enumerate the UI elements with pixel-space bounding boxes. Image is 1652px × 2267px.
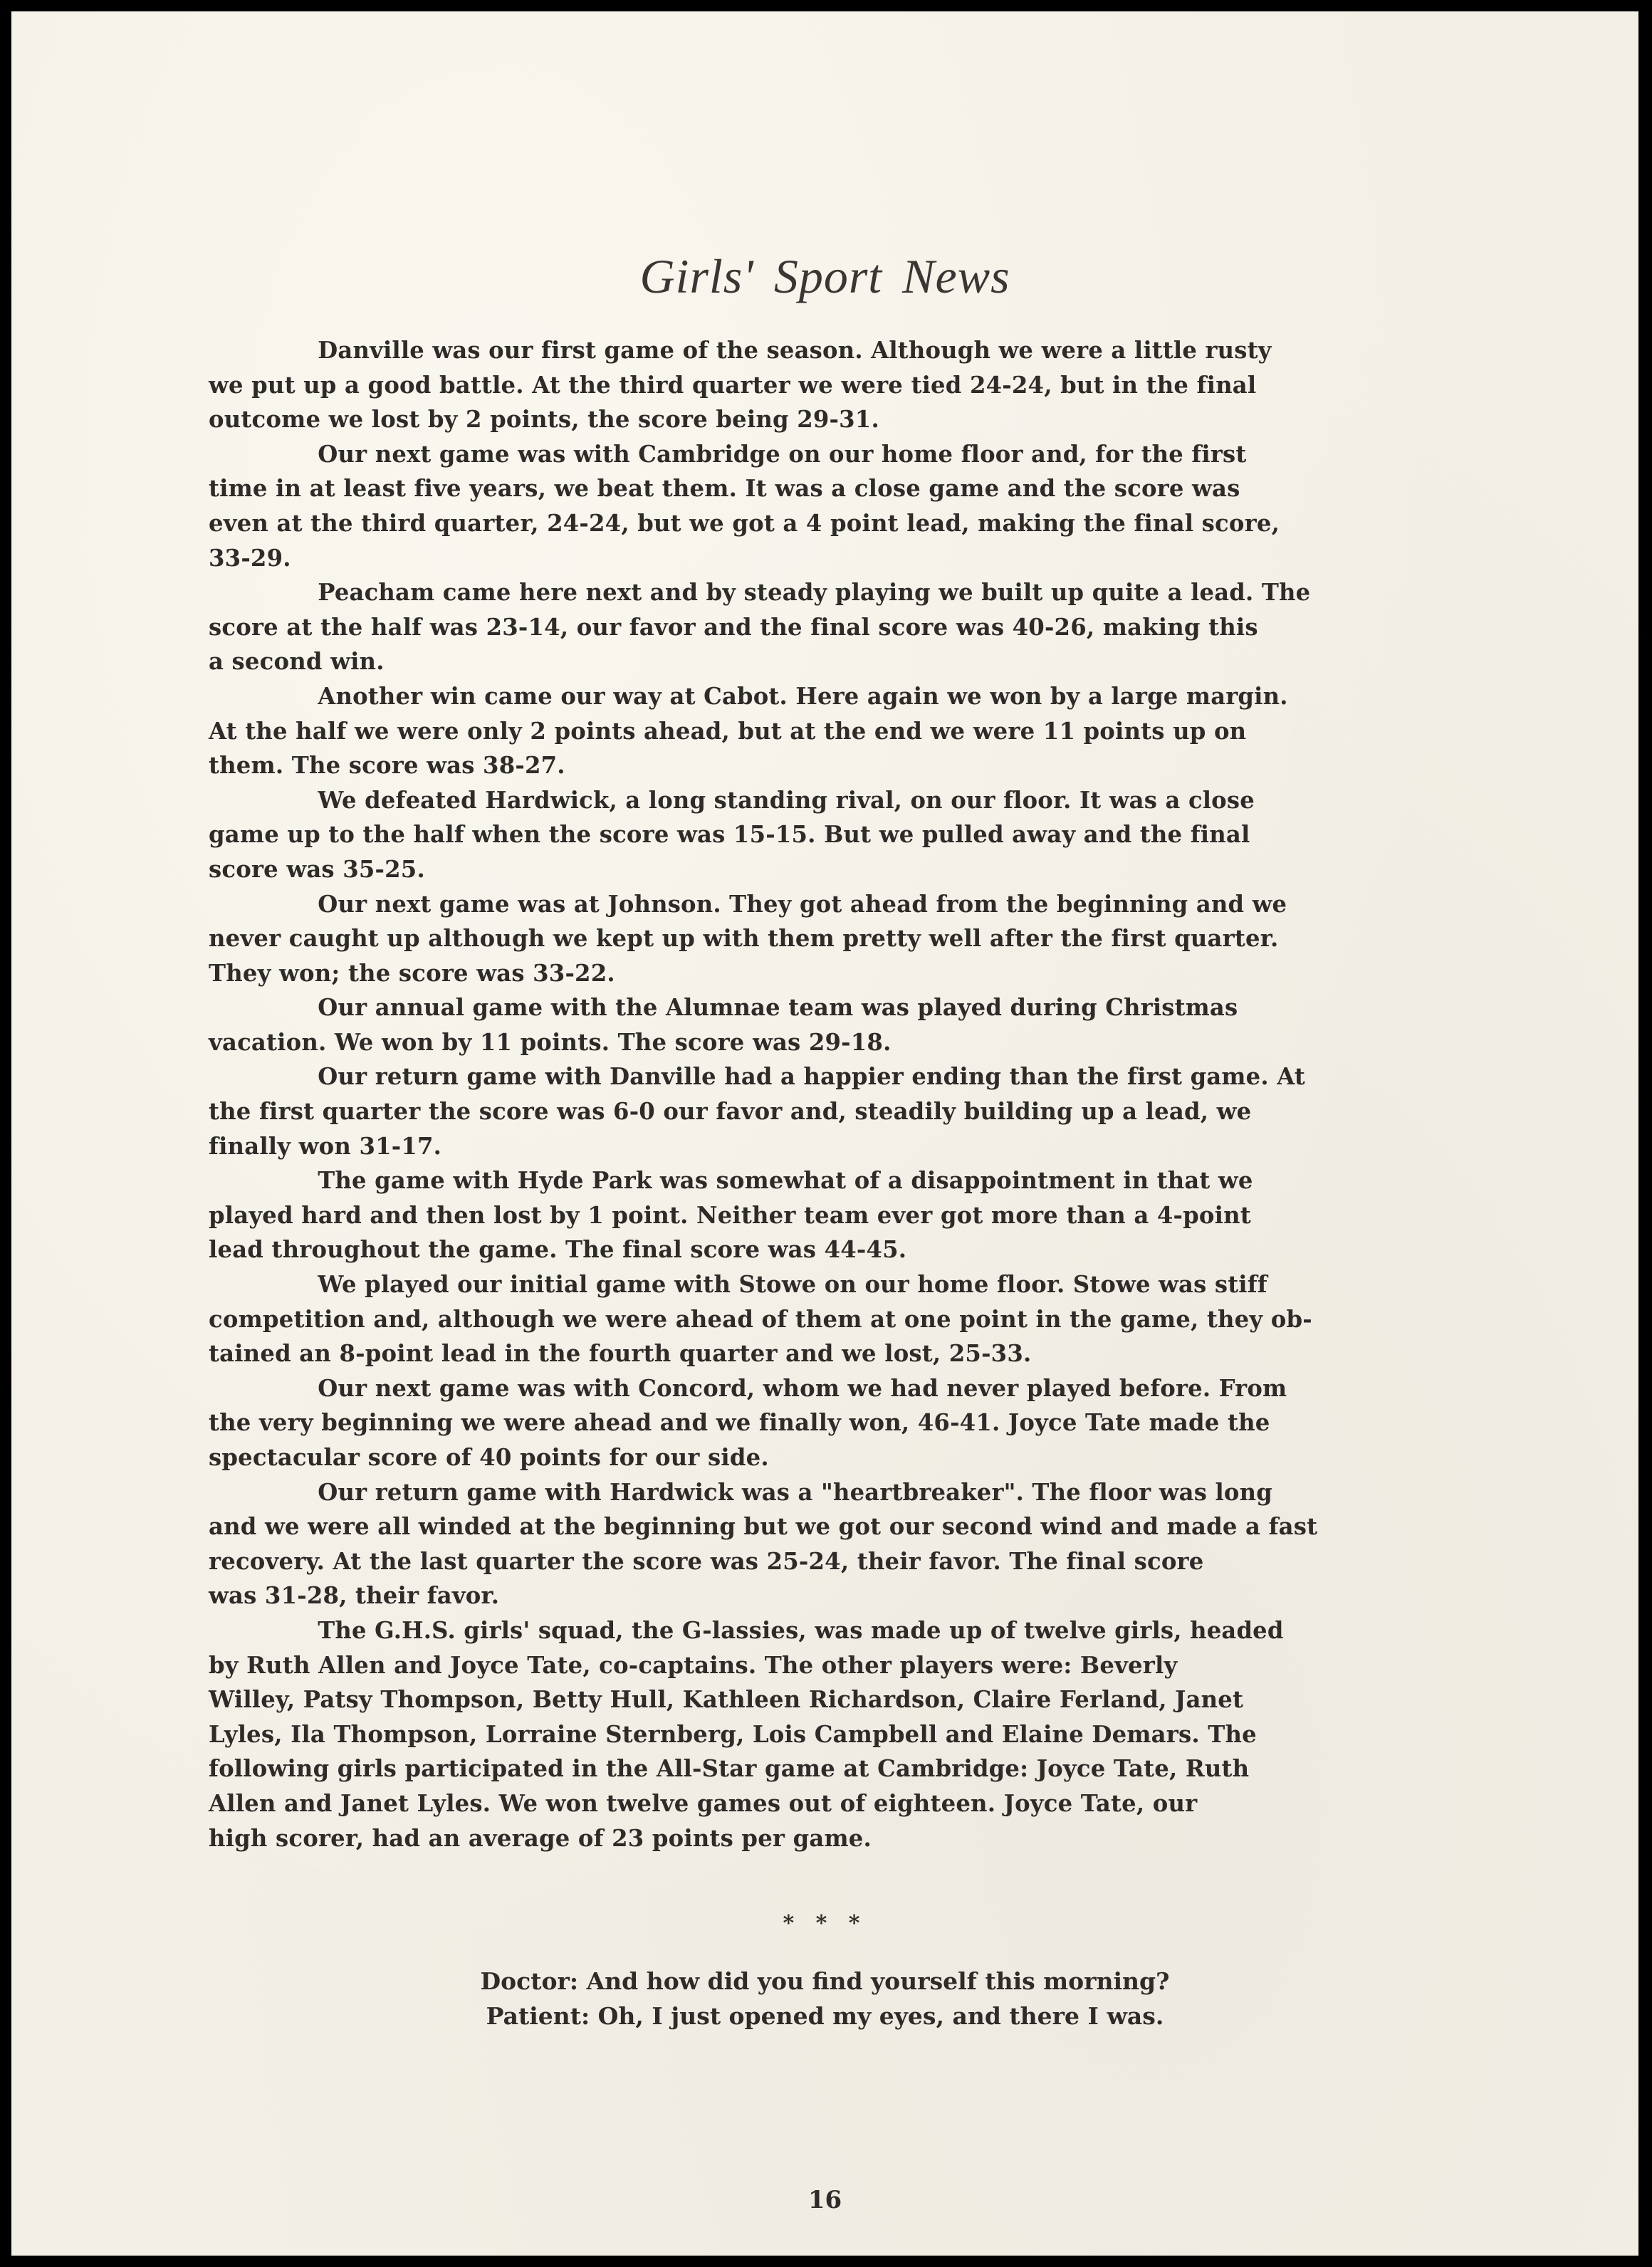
paragraph-line: Peacham came here next and by steady pla… [209,575,1488,610]
article-paragraph: Our next game was at Johnson. They got a… [209,887,1519,991]
paragraph-line: game up to the half when the score was 1… [209,817,1490,852]
page-number: 16 [11,2186,1638,2214]
paragraph-line: high scorer, had an average of 23 points… [209,1821,1490,1856]
article-paragraph: Our next game was with Cambridge on our … [209,437,1519,575]
paragraph-line: At the half we were only 2 points ahead,… [209,714,1490,749]
paragraph-line: Our return game with Hardwick was a "hea… [209,1475,1488,1510]
paragraph-line: Our next game was with Concord, whom we … [209,1371,1488,1406]
paragraph-line: Our next game was with Cambridge on our … [209,437,1488,472]
joke-block: Doctor: And how did you find yourself th… [11,1964,1638,2033]
paragraph-line: Our return game with Danville had a happ… [209,1059,1488,1094]
article-paragraph: Our return game with Hardwick was a "hea… [209,1475,1519,1613]
article-paragraph: We played our initial game with Stowe on… [209,1267,1519,1371]
article-paragraph: Our return game with Danville had a happ… [209,1059,1519,1163]
article-body: Danville was our first game of the seaso… [209,333,1519,1855]
paragraph-line: never caught up although we kept up with… [209,921,1490,956]
paragraph-line: spectacular score of 40 points for our s… [209,1440,1490,1475]
paragraph-line: Willey, Patsy Thompson, Betty Hull, Kath… [209,1682,1490,1717]
paragraph-line: and we were all winded at the beginning … [209,1509,1490,1544]
paragraph-line: 33-29. [209,541,1490,576]
paragraph-line: a second win. [209,644,1490,679]
paragraph-line: We defeated Hardwick, a long standing ri… [209,783,1488,818]
paragraph-line: we put up a good battle. At the third qu… [209,368,1490,403]
paragraph-line: them. The score was 38-27. [209,748,1490,783]
document-page: Girls' Sport News Danville was our first… [11,11,1638,2256]
paragraph-line: finally won 31-17. [209,1129,1490,1164]
paragraph-line: lead throughout the game. The final scor… [209,1232,1490,1267]
paragraph-line: Danville was our first game of the seaso… [209,333,1488,368]
paragraph-line: They won; the score was 33-22. [209,956,1490,991]
paragraph-line: We played our initial game with Stowe on… [209,1267,1488,1302]
paragraph-line: time in at least five years, we beat the… [209,471,1490,506]
article-paragraph: We defeated Hardwick, a long standing ri… [209,783,1519,887]
paragraph-line: The G.H.S. girls' squad, the G-lassies, … [209,1613,1488,1648]
article-paragraph: Another win came our way at Cabot. Here … [209,679,1519,783]
paragraph-line: even at the third quarter, 24-24, but we… [209,506,1490,541]
paragraph-line: was 31-28, their favor. [209,1578,1490,1613]
article-paragraph: Our next game was with Concord, whom we … [209,1371,1519,1475]
paragraph-line: Allen and Janet Lyles. We won twelve gam… [209,1786,1490,1821]
paragraph-line: the first quarter the score was 6-0 our … [209,1094,1490,1129]
section-separator: * * * [11,1911,1638,1936]
article-paragraph: The G.H.S. girls' squad, the G-lassies, … [209,1613,1519,1855]
paragraph-line: vacation. We won by 11 points. The score… [209,1025,1490,1060]
paragraph-line: competition and, although we were ahead … [209,1302,1490,1337]
paragraph-line: played hard and then lost by 1 point. Ne… [209,1198,1490,1233]
article-paragraph: Peacham came here next and by steady pla… [209,575,1519,679]
paragraph-line: outcome we lost by 2 points, the score b… [209,402,1490,437]
paragraph-line: by Ruth Allen and Joyce Tate, co-captain… [209,1648,1490,1683]
joke-patient-line: Patient: Oh, I just opened my eyes, and … [11,1999,1638,2033]
article-paragraph: The game with Hyde Park was somewhat of … [209,1163,1519,1267]
page-title: Girls' Sport News [11,248,1638,305]
paragraph-line: Another win came our way at Cabot. Here … [209,679,1488,714]
paragraph-line: tained an 8-point lead in the fourth qua… [209,1336,1490,1371]
paragraph-line: score at the half was 23-14, our favor a… [209,610,1490,645]
paragraph-line: Our next game was at Johnson. They got a… [209,887,1488,922]
article-paragraph: Danville was our first game of the seaso… [209,333,1519,437]
paragraph-line: recovery. At the last quarter the score … [209,1544,1490,1579]
paragraph-line: score was 35-25. [209,852,1490,887]
paragraph-line: the very beginning we were ahead and we … [209,1405,1490,1440]
joke-doctor-line: Doctor: And how did you find yourself th… [11,1964,1638,1999]
article-paragraph: Our annual game with the Alumnae team wa… [209,990,1519,1059]
paragraph-line: The game with Hyde Park was somewhat of … [209,1163,1488,1198]
paragraph-line: Our annual game with the Alumnae team wa… [209,990,1488,1025]
paragraph-line: Lyles, Ila Thompson, Lorraine Sternberg,… [209,1717,1490,1752]
paragraph-line: following girls participated in the All-… [209,1752,1490,1786]
